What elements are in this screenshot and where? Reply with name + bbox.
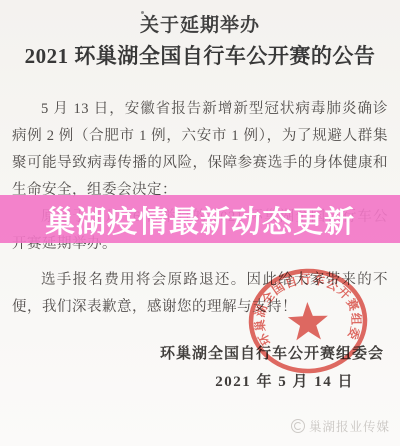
- star-icon: [287, 301, 328, 340]
- media-watermark-text: 巢湖报业传媒: [309, 417, 390, 435]
- media-watermark: 巢湖报业传媒: [291, 417, 390, 435]
- svg-text:环巢湖全国自行车公开赛组委会: 环巢湖全国自行车公开赛组委会: [244, 262, 365, 349]
- news-headline-text: 巢湖疫情最新动态更新: [45, 197, 355, 241]
- document-title-line1: 关于延期举办: [0, 14, 400, 38]
- news-headline-banner: 巢湖疫情最新动态更新: [0, 195, 400, 243]
- paragraph-epidemic-report: 5 月 13 日，安徽省报告新增新型冠状病毒肺炎确诊病例 2 例（合肥市 1 例…: [12, 96, 388, 204]
- media-logo-icon: [291, 419, 305, 433]
- official-seal: 环巢湖全国自行车公开赛组委会: [244, 262, 372, 380]
- document-title-line2: 2021 环巢湖全国自行车公开赛的公告: [0, 42, 400, 70]
- announcement-photo: 关于延期举办 2021 环巢湖全国自行车公开赛的公告 5 月 13 日，安徽省报…: [0, 0, 400, 446]
- seal-ring-text: 环巢湖全国自行车公开赛组委会: [244, 262, 365, 349]
